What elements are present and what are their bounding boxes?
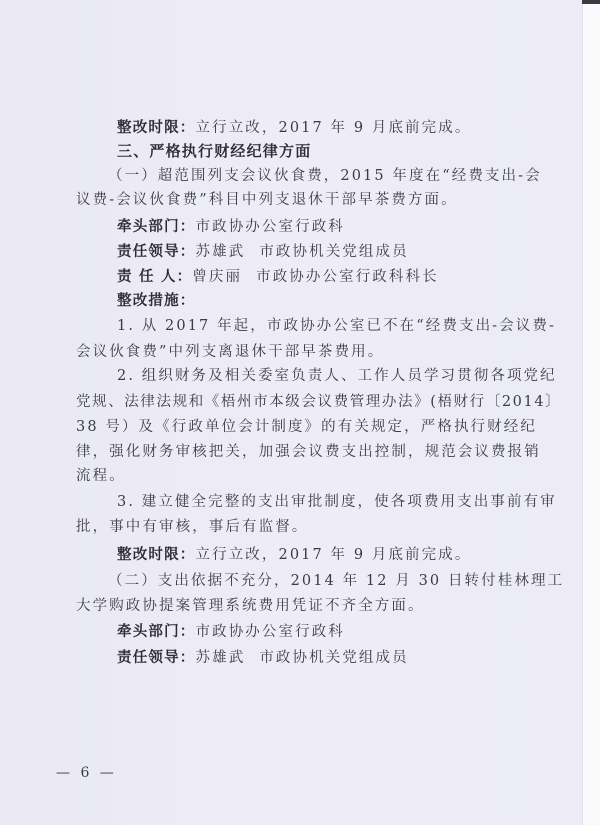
leader-name: 苏雄武 (196, 650, 246, 666)
lead-dept-label: 牵头部门： (117, 624, 196, 640)
item1-lead-dept: 牵头部门：市政协办公室行政科 (117, 218, 345, 236)
item1-title-line-1: （一）超范围列支会议伙食费，2015 年度在“经费支出-会 (108, 167, 542, 185)
leader-label: 责任领导： (117, 650, 196, 666)
item1-leader: 责任领导：苏雄武市政协机关党组成员 (117, 243, 409, 261)
measure-1-line-2: 会议伙食费”中列支离退休干部早茶费用。 (76, 343, 384, 361)
prev-deadline-line: 整改时限：立行立改，2017 年 9 月底前完成。 (117, 119, 471, 137)
measure-3-line-1: 3. 建立健全完整的支出审批制度，使各项费用支出事前有审 (117, 493, 557, 511)
measure-2-line-1: 2. 组织财务及相关委室负责人、工作人员学习贯彻各项党纪 (117, 367, 557, 385)
item2-lead-dept: 牵头部门：市政协办公室行政科 (117, 623, 345, 641)
measure-2-line-4: 律，强化财务审核把关，加强会议费支出控制，规范会议费报销 (76, 443, 541, 461)
section-heading: 三、严格执行财经纪律方面 (117, 142, 311, 160)
measures-label: 整改措施： (117, 292, 196, 310)
item1-person: 责 任 人：曾庆丽市政协办公室行政科科长 (117, 268, 439, 286)
person-name: 曾庆丽 (192, 269, 242, 285)
measure-2-line-2: 党规、法律法规和《梧州市本级会议费管理办法》(梧财行〔2014〕 (76, 393, 561, 411)
lead-dept-value: 市政协办公室行政科 (196, 624, 345, 640)
item2-leader: 责任领导：苏雄武市政协机关党组成员 (117, 649, 409, 667)
item1-title-line-2: 议费-会议伙食费”科目中列支退休干部早茶费方面。 (76, 191, 458, 209)
deadline-label: 整改时限： (117, 120, 196, 136)
scan-right-margin (582, 4, 600, 825)
measure-2-line-3: 38 号）及《行政单位会计制度》的有关规定，严格执行财经纪 (76, 418, 537, 436)
deadline-label: 整改时限： (117, 547, 196, 563)
page-number: — 6 — (56, 765, 117, 781)
deadline-text: 立行立改，2017 年 9 月底前完成。 (196, 120, 472, 136)
measure-1-line-1: 1. 从 2017 年起，市政协办公室已不在“经费支出-会议费- (117, 317, 556, 335)
measure-3-line-2: 批，事中有审核，事后有监督。 (76, 518, 308, 536)
person-title: 市政协办公室行政科科长 (256, 269, 439, 285)
item2-title-line-2: 大学购政协提案管理系统费用凭证不齐全方面。 (76, 597, 425, 615)
deadline-text: 立行立改，2017 年 9 月底前完成。 (196, 547, 472, 563)
leader-label: 责任领导： (117, 244, 196, 260)
lead-dept-value: 市政协办公室行政科 (196, 219, 345, 235)
measure-2-line-5: 流程。 (76, 467, 126, 485)
leader-title: 市政协机关党组成员 (259, 650, 408, 666)
lead-dept-label: 牵头部门： (117, 219, 196, 235)
person-label: 责 任 人： (117, 269, 192, 285)
leader-name: 苏雄武 (196, 244, 246, 260)
item1-deadline: 整改时限：立行立改，2017 年 9 月底前完成。 (117, 546, 471, 564)
leader-title: 市政协机关党组成员 (259, 244, 408, 260)
item2-title-line-1: （二）支出依据不充分，2014 年 12 月 30 日转付桂林理工 (108, 572, 564, 590)
